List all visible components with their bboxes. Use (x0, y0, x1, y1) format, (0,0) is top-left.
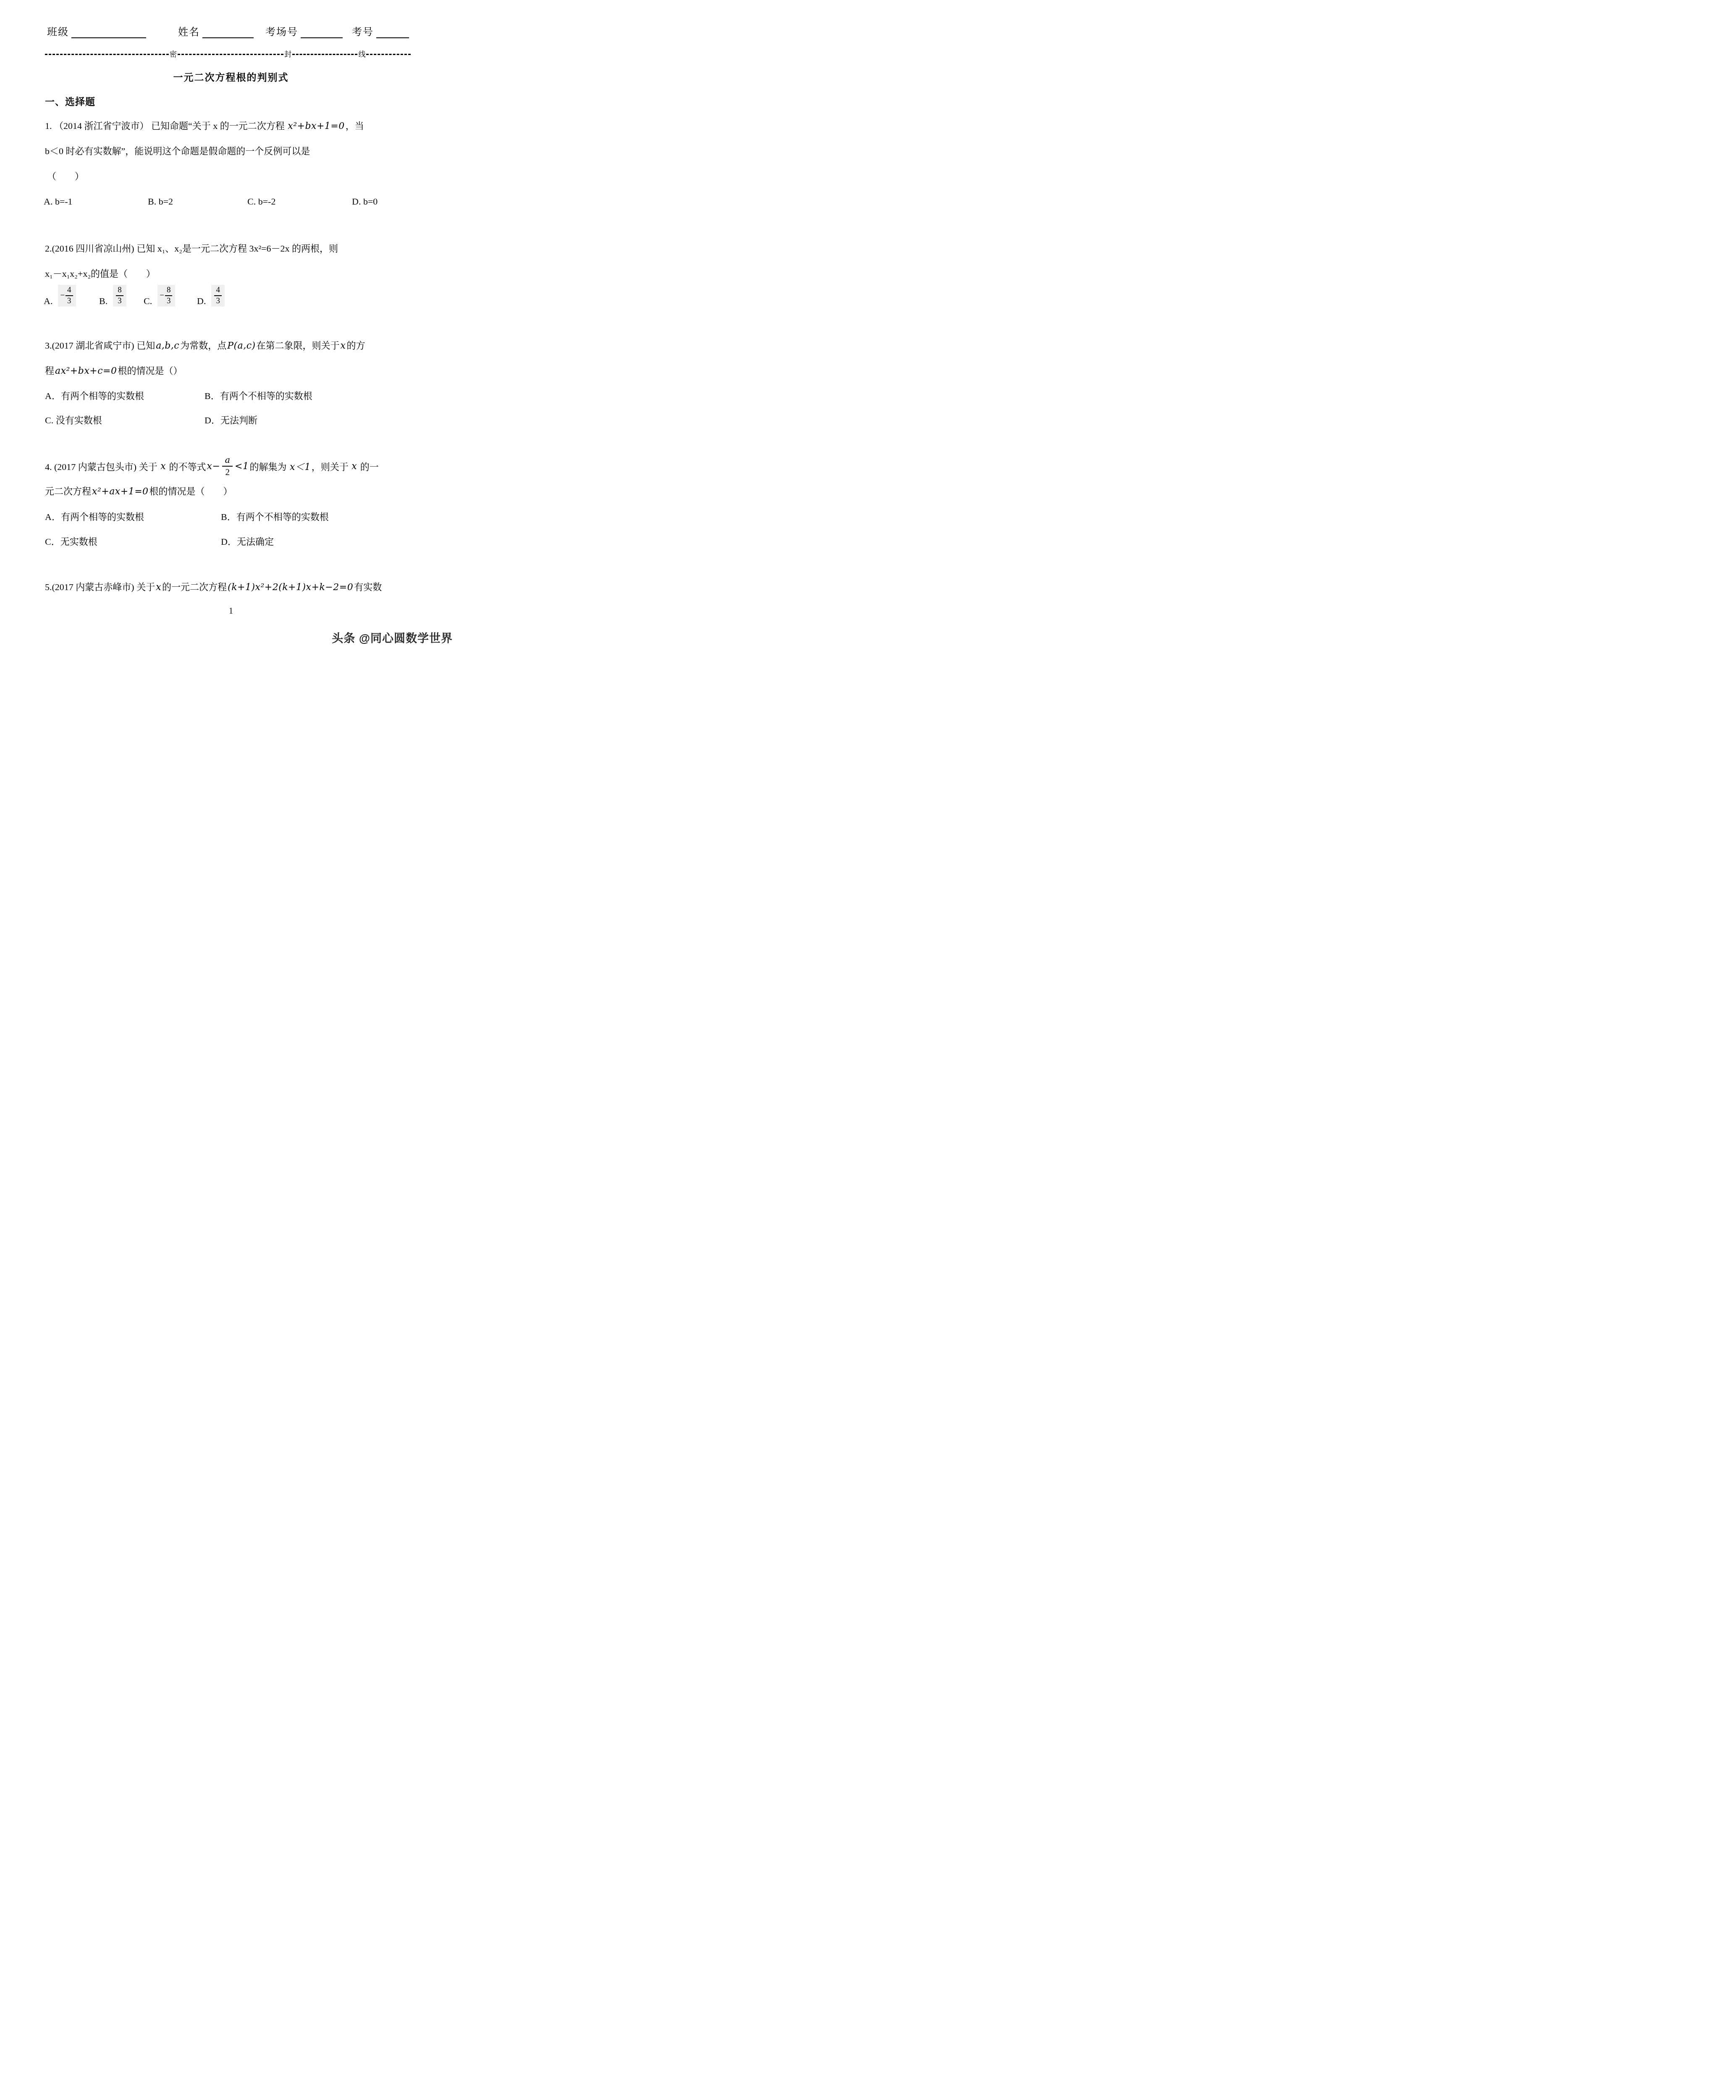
q2-option-a: A. − 43 (44, 285, 76, 307)
seal-dash-segment (292, 54, 357, 55)
q5-equation: (k+1)x²+2(k+1)x+k−2=0 (227, 582, 354, 593)
worksheet-page: 班级 姓名 考场号 考号 密 封 线 一元二次方程根的判别式 一、选择题 1. … (0, 0, 462, 654)
q2-option-d-label: D. (197, 297, 206, 307)
q3-variables: a,b,c (155, 341, 180, 351)
q1-answer-parentheses: （ ） (47, 170, 417, 183)
q4-text-2: 元二次方程 (45, 486, 91, 496)
q5-text: 5.(2017 内蒙古赤峰市) 关于 (45, 582, 155, 592)
seal-dash-segment (45, 54, 169, 55)
q1-option-d: D. b=0 (352, 196, 378, 207)
q2-text: 2.(2016 四川省凉山州) 已知 x₁、x₂是一元二次方程 3x²=6－2x… (45, 243, 338, 254)
q3-variable-x: x (340, 341, 347, 351)
class-blank-line (71, 26, 146, 38)
q4-option-a: A．有两个相等的实数根 (45, 510, 144, 523)
q3-text: 3.(2017 湖北省咸宁市) 已知 (45, 340, 155, 351)
q2-option-c: C. − 83 (144, 285, 175, 307)
q1-text-line-1: 1. （2014 浙江省宁波市） 已知命题“关于 x 的一元二次方程 x²+bx… (45, 120, 414, 133)
denominator: 3 (66, 296, 73, 306)
q2-text-line-2: x₁－x₁x₂+x₂的值是（ ） (45, 268, 414, 280)
q4-equation: x²+ax+1=0 (91, 486, 149, 497)
q2-option-d-fraction: 43 (211, 285, 225, 307)
q4-variable-x-2: x (351, 461, 358, 472)
q5-variable-x: x (155, 582, 162, 593)
page-title: 一元二次方程根的判别式 (0, 70, 462, 84)
seal-dash-segment (178, 54, 283, 55)
q4-inequality-right: <1 (234, 461, 249, 472)
denominator: 3 (214, 296, 222, 306)
q2-text-2: x₁－x₁x₂+x₂的值是（ ） (45, 268, 155, 279)
q2-text-line-1: 2.(2016 四川省凉山州) 已知 x₁、x₂是一元二次方程 3x²=6－2x… (45, 242, 414, 255)
numerator: 8 (116, 286, 123, 296)
q1-text-line-2: b＜0 时必有实数解”，能说明这个命题是假命题的一个反例可以是 (45, 145, 414, 157)
q1-text-tail: ，当 (346, 121, 364, 131)
q4-option-d: D．无法确定 (221, 535, 274, 548)
q4-option-b: B．有两个不相等的实数根 (221, 510, 329, 523)
q4-text-2-tail: 根的情况是（ ） (149, 486, 233, 496)
denominator: 3 (116, 296, 123, 306)
q3-point: P(a,c) (226, 341, 256, 351)
q4-solution-set: x＜1 (289, 460, 312, 473)
seal-char-xian: 线 (357, 51, 366, 58)
q3-option-a: A．有两个相等的实数根 (45, 389, 144, 402)
q1-option-a: A. b=-1 (44, 196, 73, 207)
minus-sign: − (160, 291, 164, 300)
q1-text-2: b＜0 时必有实数解”，能说明这个命题是假命题的一个反例可以是 (45, 146, 310, 156)
q1-text: 1. （2014 浙江省宁波市） 已知命题“关于 x 的一元二次方程 (45, 121, 287, 131)
q2-option-b-fraction: 83 (113, 285, 126, 307)
q2-option-c-label: C. (144, 297, 152, 307)
section-heading: 一、选择题 (45, 94, 95, 108)
q2-option-c-fraction: − 83 (157, 285, 175, 307)
q1-equation: x²+bx+1=0 (287, 121, 346, 131)
q2-option-a-label: A. (44, 297, 52, 307)
q3-text-mid1: 为常数，点 (180, 340, 226, 351)
exam-id-label: 考号 (352, 27, 374, 38)
q3-equation: ax²+bx+c=0 (54, 366, 118, 376)
numerator: 8 (165, 286, 173, 296)
q4-text-tail: 的一 (358, 460, 379, 473)
room-blank-line (301, 26, 343, 38)
seal-char-mi: 密 (169, 51, 178, 58)
q3-text-2-tail: 根的情况是（） (118, 365, 182, 376)
q4-text: 4. (2017 内蒙古包头市) 关于 (45, 460, 160, 473)
q4-text-mid1: 的不等式 (167, 460, 206, 473)
seal-char-feng: 封 (283, 51, 292, 58)
q3-text-2: 程 (45, 365, 54, 376)
name-field: 姓名 (178, 24, 254, 38)
q2-option-a-fraction: − 43 (58, 285, 76, 307)
class-field: 班级 (47, 24, 146, 38)
q4-fraction: a2 (222, 455, 233, 477)
q5-text-mid: 的一元二次方程 (162, 582, 227, 592)
numerator: 4 (214, 286, 222, 296)
room-field: 考场号 (265, 24, 343, 38)
q3-text-tail: 的方 (347, 340, 365, 351)
q3-text-line-2: 程ax²+bx+c=0根的情况是（） (45, 365, 414, 378)
q4-text-line-1: 4. (2017 内蒙古包头市) 关于 x 的不等式x−a2<1的解集为 x＜1… (45, 453, 414, 480)
q5-text-tail: 有实数 (354, 582, 382, 592)
q1-option-b: B. b=2 (148, 196, 173, 207)
name-label: 姓名 (178, 27, 200, 38)
q3-text-mid2: 在第二象限，则关于 (257, 340, 340, 351)
class-label: 班级 (47, 27, 69, 38)
q4-text-line-2: 元二次方程x²+ax+1=0根的情况是（ ） (45, 485, 414, 498)
room-label: 考场号 (265, 27, 298, 38)
q5-text-line-1: 5.(2017 内蒙古赤峰市) 关于x的一元二次方程(k+1)x²+2(k+1)… (45, 581, 414, 594)
exam-id-blank-line (376, 26, 409, 38)
seal-dash-segment (366, 54, 411, 55)
q4-text-mid3: ，则关于 (312, 460, 351, 473)
q2-option-b-label: B. (99, 297, 108, 307)
seal-line: 密 封 线 (45, 49, 411, 60)
name-blank-line (202, 26, 254, 38)
numerator: 4 (66, 286, 73, 296)
numerator: a (222, 455, 233, 467)
q4-variable-x: x (160, 461, 167, 472)
q4-inequality-left: x− (206, 461, 221, 472)
q2-option-b: B. 83 (99, 285, 126, 307)
exam-id-field: 考号 (352, 24, 409, 38)
q4-text-mid2: 的解集为 (249, 460, 289, 473)
q2-option-d: D. 43 (197, 285, 225, 307)
q3-option-d: D．无法判断 (205, 413, 257, 426)
q1-option-c: C. b=-2 (247, 196, 275, 207)
q3-option-c: C. 没有实数根 (45, 413, 102, 426)
q4-option-c: C．无实数根 (45, 535, 97, 548)
q3-option-b: B．有两个不相等的实数根 (205, 389, 312, 402)
watermark: 头条 @同心圆数学世界 (332, 629, 453, 646)
q1-parens: （ ） (47, 171, 84, 181)
denominator: 3 (165, 296, 173, 306)
q3-text-line-1: 3.(2017 湖北省咸宁市) 已知a,b,c为常数，点P(a,c)在第二象限，… (45, 339, 414, 352)
minus-sign: − (60, 291, 65, 300)
denominator: 2 (222, 467, 233, 477)
page-number: 1 (0, 606, 462, 616)
